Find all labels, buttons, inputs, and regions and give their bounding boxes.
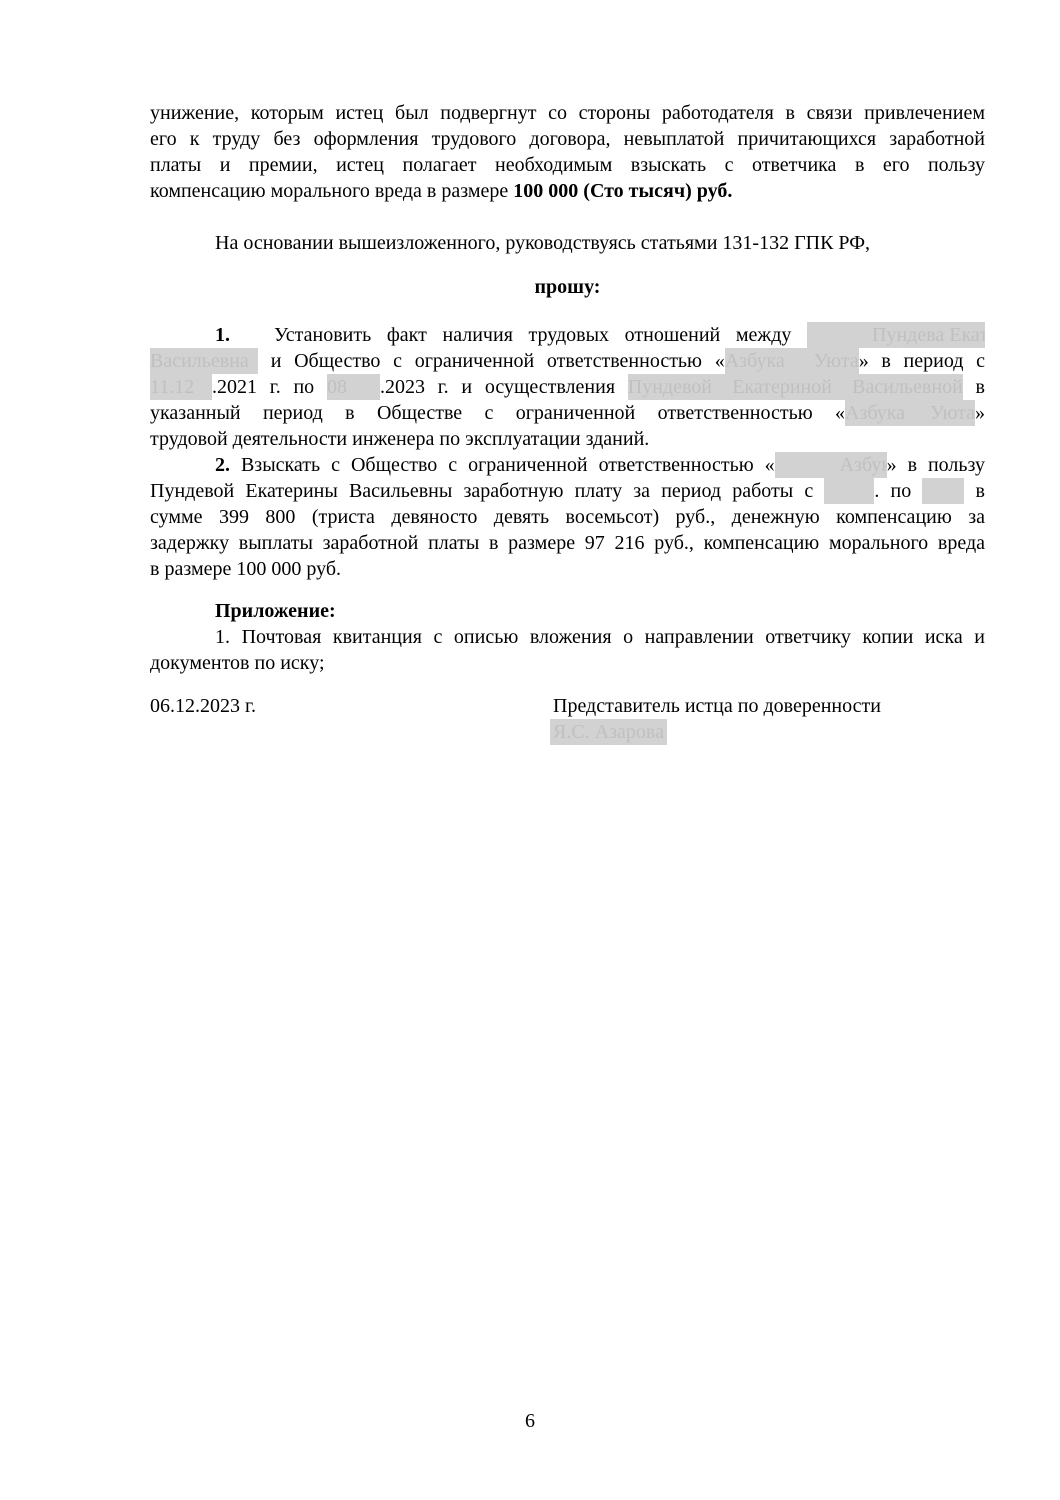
redaction-box: Азбука Уюта [725,348,859,374]
claim-item-1: 1.Установить факт наличия трудовых отнош… [150,322,985,452]
text-line: Васильевна и Общество с ограниченной отв… [150,348,985,374]
request-heading: прошу: [150,274,985,300]
text-run: 1. Почтовая квитанция с описью вложения … [215,626,985,648]
text-line: трудовой деятельности инженера по эксплу… [150,426,985,452]
redaction-box: 08 [327,374,380,400]
text-line: Пундевой Екатерины Васильевны заработную… [150,478,985,504]
claim-item-2: 2. Взыскать с Общество с ограниченной от… [150,452,985,582]
text-run: .2023 г. и осуществления [380,376,628,398]
text-run: документов по иску; [150,652,325,674]
text-line: прошу: [150,274,985,300]
text-run: унижение, которым истец был подвергнут с… [150,102,985,124]
text-run: задержку выплаты заработной платы в разм… [150,532,985,554]
bold-text-run: 1. [215,324,230,346]
text-run: указанный период в Обществе с ограниченн… [150,402,845,424]
redaction-box: 11.12 [150,374,212,400]
redaction-box: Азбука Уюта [845,400,975,426]
text-line: На основании вышеизложенного, руководств… [150,230,985,256]
text-run: в [964,480,985,502]
text-line: сумме 399 800 (триста девяносто девять в… [150,504,985,530]
bold-text-run: 100 000 (Сто тысяч) руб. [513,180,732,202]
redaction-box: Васильевна [150,348,258,374]
signature-block: 06.12.2023 г. Представитель истца по дов… [150,693,985,745]
text-line: 1.Установить факт наличия трудовых отнош… [150,322,985,348]
document-date: 06.12.2023 г. [150,695,256,717]
bold-text-run: 2. [215,454,230,476]
text-run: Пундевой Екатерины Васильевны заработную… [150,480,824,502]
redaction-box [922,478,964,504]
text-run: .2021 г. по [212,376,327,398]
text-line: его к труду без оформления трудового дог… [150,126,985,152]
attachments-heading: Приложение: [150,598,985,624]
text-line: Приложение: [150,598,985,624]
page-number: 6 [0,1408,1060,1434]
attachment-item-1: 1. Почтовая квитанция с описью вложения … [150,624,985,676]
paragraph-moral-damages: унижение, которым истец был подвергнут с… [150,100,985,204]
text-run: сумме 399 800 (триста девяносто девять в… [150,506,985,528]
paragraph-legal-basis: На основании вышеизложенного, руководств… [150,230,985,256]
text-run: трудовой деятельности инженера по эксплу… [150,428,649,450]
text-run: и Общество с ограниченной ответственност… [258,350,725,372]
document-body: унижение, которым истец был подвергнут с… [150,100,985,676]
text-line: документов по иску; [150,650,985,676]
text-line: в размере 100 000 руб. [150,556,985,582]
text-run: . по [874,480,922,502]
text-run: компенсацию морального вреда в размере [150,180,513,202]
text-line: указанный период в Обществе с ограниченн… [150,400,985,426]
text-line: платы и премии, истец полагает необходим… [150,152,985,178]
text-run: » в период с [859,350,985,372]
bold-text-run: Приложение: [215,600,336,622]
text-line: компенсацию морального вреда в размере 1… [150,178,985,204]
tab-gap [230,340,274,341]
text-run: его к труду без оформления трудового дог… [150,128,985,150]
text-run: На основании вышеизложенного, руководств… [215,232,870,254]
text-run: » [975,402,985,424]
bold-text-run: прошу: [535,276,601,298]
text-line: задержку выплаты заработной платы в разм… [150,530,985,556]
text-run: Взыскать с Общество с ограниченной ответ… [230,454,775,476]
text-run: платы и премии, истец полагает необходим… [150,154,985,176]
text-line: унижение, которым истец был подвергнут с… [150,100,985,126]
representative-label: Представитель истца по доверенности [553,693,881,719]
redaction-box: Азбука Уюта [775,452,887,478]
text-run: » в пользу [887,454,985,476]
redaction-box [824,478,874,504]
signature-redaction-box: Я.С. Азарова [550,719,667,745]
text-line: 2. Взыскать с Общество с ограниченной от… [150,452,985,478]
text-line: 1. Почтовая квитанция с описью вложения … [150,624,985,650]
date-and-signatory-row: 06.12.2023 г. Представитель истца по дов… [150,693,985,719]
text-run: в [963,376,985,398]
document-page: унижение, которым истец был подвергнут с… [0,0,1060,1500]
text-run: Установить факт наличия трудовых отношен… [274,324,807,346]
redaction-box: Пундевой Екатериной Васильевной [628,374,963,400]
text-run: в размере 100 000 руб. [150,558,341,580]
redaction-box: Пундева Екатерина [807,322,985,348]
text-line: 11.12.2021 г. по 08.2023 г. и осуществле… [150,374,985,400]
